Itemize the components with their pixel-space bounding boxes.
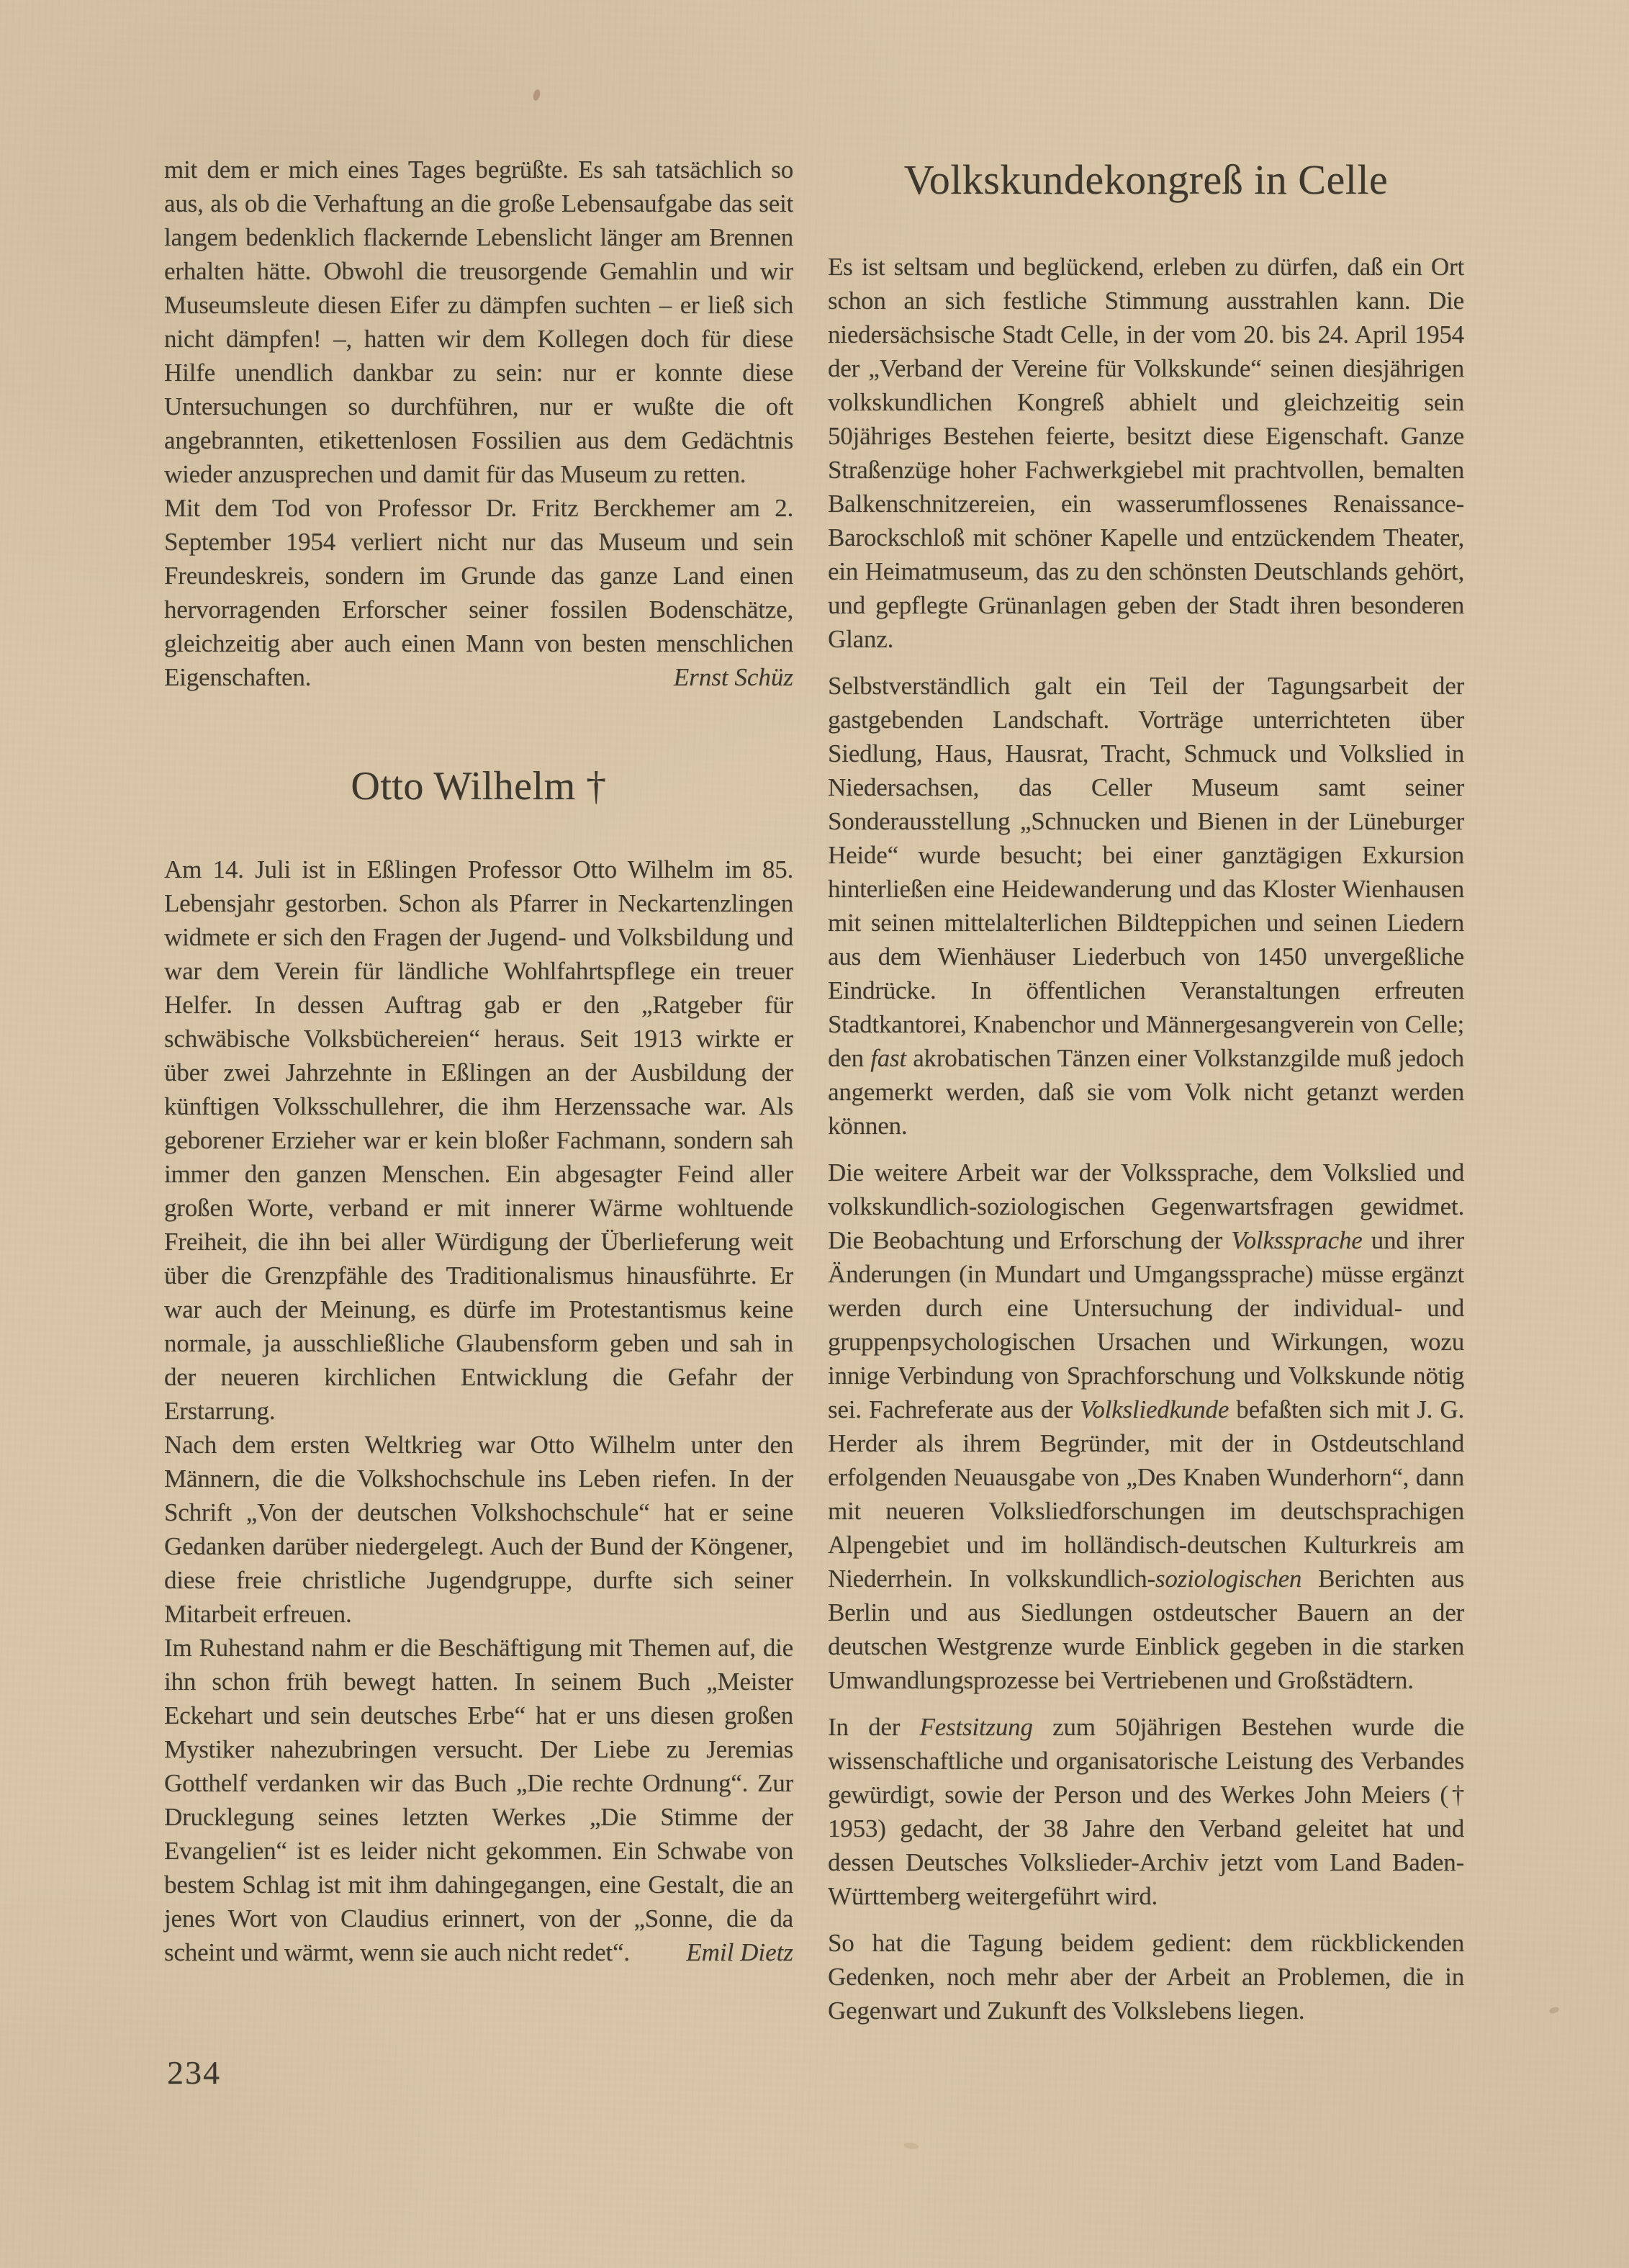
paper-speck [532,89,541,102]
paper-speck [903,2142,919,2151]
page-number: 234 [167,2053,221,2092]
paragraph: Selbstverständlich galt ein Teil der Tag… [828,669,1464,1143]
article-heading-otto-wilhelm: Otto Wilhelm † [164,763,793,809]
paragraph: Es ist seltsam und beglückend, erleben z… [828,250,1464,656]
paragraph: Im Ruhestand nahm er die Beschäftigung m… [164,1631,793,1969]
paragraph: In der Festsitzung zum 50jährigen Besteh… [828,1710,1464,1913]
paragraph: So hat die Tagung beidem gedient: dem rü… [828,1926,1464,2028]
article-heading-volkskundekongress: Volkskundekongreß in Celle [828,156,1464,204]
paragraph: Die weitere Arbeit war der Volkssprache,… [828,1156,1464,1697]
paragraph: mit dem er mich eines Tages begrüßte. Es… [164,153,793,491]
left-column: mit dem er mich eines Tages begrüßte. Es… [164,153,793,1969]
right-column: Volkskundekongreß in Celle Es ist seltsa… [828,153,1464,2040]
paragraph: Nach dem ersten Weltkrieg war Otto Wilhe… [164,1428,793,1631]
scanned-page: mit dem er mich eines Tages begrüßte. Es… [0,0,1629,2268]
paragraph: Am 14. Juli ist in Eßlingen Professor Ot… [164,852,793,1428]
paper-speck [1548,2006,1560,2015]
